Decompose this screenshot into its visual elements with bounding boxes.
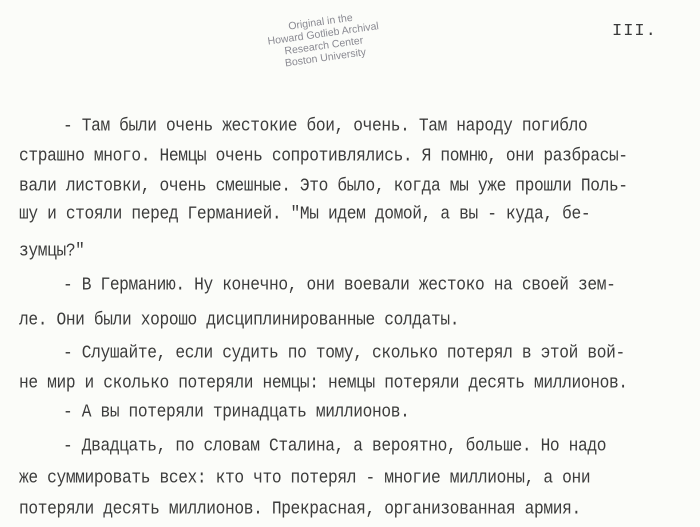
text-line: - Слушайте, если судить по тому, сколько…	[63, 343, 625, 363]
text-line: вали листовки, очень смешные. Это было, …	[19, 176, 628, 196]
text-line: - Там были очень жестокие бои, очень. Та…	[63, 116, 587, 136]
text-line: же суммировать всех: кто что потерял - м…	[19, 468, 590, 488]
text-line: страшно много. Немцы очень сопротивлялис…	[19, 146, 628, 166]
text-line: не мир и сколько потеряли немцы: немцы п…	[19, 373, 628, 393]
archive-stamp: Original in the Howard Gotlieb Archival …	[265, 9, 381, 72]
page-number: III.	[612, 22, 657, 41]
text-line: - В Германию. Ну конечно, они воевали же…	[63, 275, 615, 295]
text-line: ле. Они были хорошо дисциплинированные с…	[19, 310, 459, 330]
text-line: зумцы?"	[19, 241, 85, 261]
text-line: - А вы потеряли тринадцать миллионов.	[63, 402, 409, 422]
text-line: шу и стояли перед Германией. "Мы идем до…	[19, 204, 590, 224]
text-line: - Двадцать, по словам Сталина, а вероятн…	[63, 436, 606, 456]
text-line: потеряли десять миллионов. Прекрасная, о…	[19, 499, 581, 519]
